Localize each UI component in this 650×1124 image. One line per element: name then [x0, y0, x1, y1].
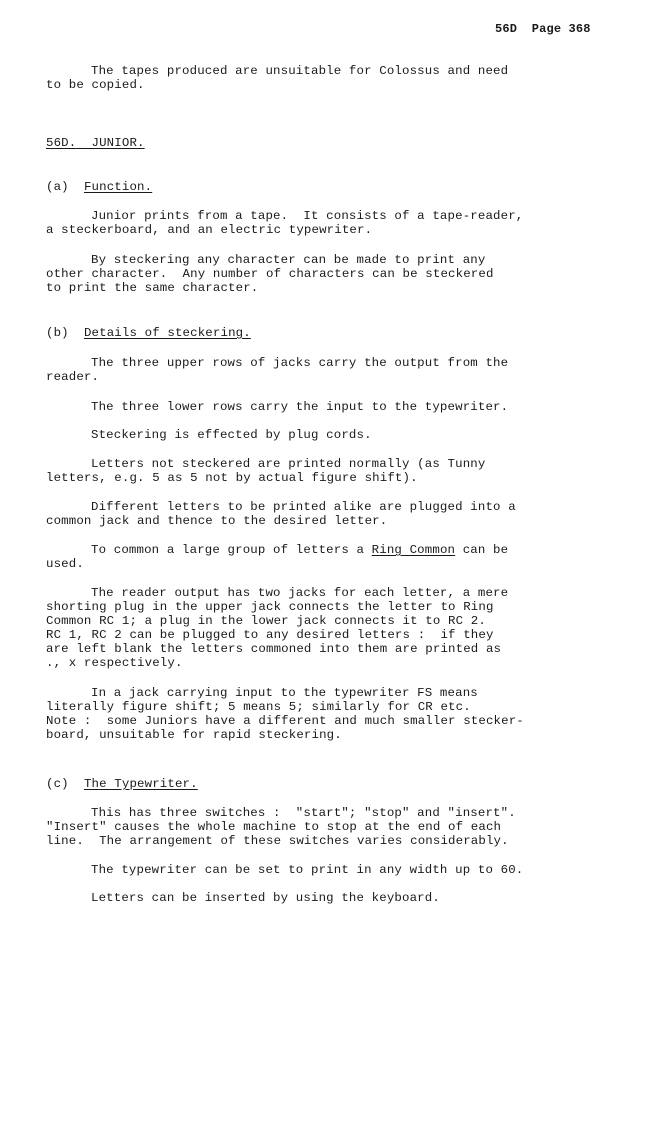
section-ref: 56D — [495, 22, 517, 36]
section-number: 56D. — [46, 136, 76, 150]
paragraph-line: This has three switches : "start"; "stop… — [91, 806, 516, 820]
paragraph-line: letters, e.g. 5 as 5 not by actual figur… — [46, 471, 418, 485]
paragraph-line: shorting plug in the upper jack connects… — [46, 600, 494, 614]
paragraph-line: other character. Any number of character… — [46, 267, 494, 281]
subsection-marker: (c) — [46, 777, 69, 791]
paragraph-line: Steckering is effected by plug cords. — [91, 428, 372, 442]
subsection-title: Details of steckering. — [84, 326, 251, 340]
paragraph-line: literally figure shift; 5 means 5; simil… — [46, 700, 471, 714]
paragraph-line: Junior prints from a tape. It consists o… — [91, 209, 523, 223]
paragraph-line: To common a large group of letters a Rin… — [91, 543, 508, 557]
paragraph-line: line. The arrangement of these switches … — [46, 834, 509, 848]
ring-common-term: Ring Common — [372, 543, 455, 557]
paragraph-line: to print the same character. — [46, 281, 258, 295]
paragraph-line: reader. — [46, 370, 99, 384]
document-page: 56D Page 368 The tapes produced are unsu… — [0, 0, 650, 1124]
intro-line-2: to be copied. — [46, 78, 145, 92]
paragraph-line: By steckering any character can be made … — [91, 253, 485, 267]
paragraph-line: used. — [46, 557, 84, 571]
page-label: Page — [532, 22, 561, 36]
paragraph-line: ., x respectively. — [46, 656, 183, 670]
paragraph-line: Letters can be inserted by using the key… — [91, 891, 440, 905]
paragraph-line: Different letters to be printed alike ar… — [91, 500, 516, 514]
subsection-title: The Typewriter. — [84, 777, 198, 791]
paragraph-line: The three lower rows carry the input to … — [91, 400, 508, 414]
paragraph-line: common jack and thence to the desired le… — [46, 514, 387, 528]
paragraph-line: "Insert" causes the whole machine to sto… — [46, 820, 501, 834]
paragraph-line: are left blank the letters commoned into… — [46, 642, 501, 656]
intro-line-1: The tapes produced are unsuitable for Co… — [91, 64, 508, 78]
subsection-marker: (a) — [46, 180, 69, 194]
paragraph-line: In a jack carrying input to the typewrit… — [91, 686, 478, 700]
paragraph-line: Common RC 1; a plug in the lower jack co… — [46, 614, 486, 628]
section-title: 56D. JUNIOR. — [46, 136, 145, 150]
subsection-marker: (b) — [46, 326, 69, 340]
paragraph-line: The typewriter can be set to print in an… — [91, 863, 523, 877]
paragraph-line: RC 1, RC 2 can be plugged to any desired… — [46, 628, 494, 642]
paragraph-line: The reader output has two jacks for each… — [91, 586, 508, 600]
paragraph-line: Note : some Juniors have a different and… — [46, 714, 524, 728]
paragraph-line: Letters not steckered are printed normal… — [91, 457, 485, 471]
subsection-b-heading: (b) Details of steckering. — [46, 326, 251, 340]
paragraph-line: The three upper rows of jacks carry the … — [91, 356, 508, 370]
subsection-a-heading: (a) Function. — [46, 180, 152, 194]
subsection-c-heading: (c) The Typewriter. — [46, 777, 198, 791]
paragraph-line: a steckerboard, and an electric typewrit… — [46, 223, 372, 237]
subsection-title: Function. — [84, 180, 152, 194]
page-number: 368 — [569, 22, 591, 36]
page-header: 56D Page 368 — [495, 22, 591, 36]
paragraph-line: board, unsuitable for rapid steckering. — [46, 728, 342, 742]
section-name: JUNIOR. — [92, 136, 145, 150]
